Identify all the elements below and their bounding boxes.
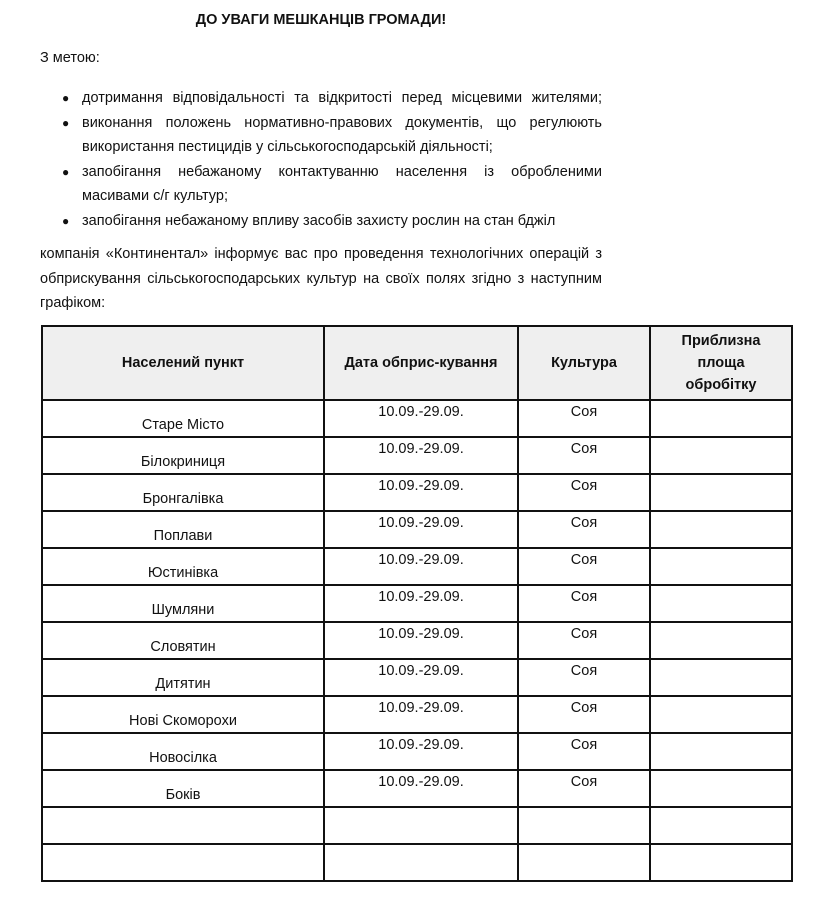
settlement-cell: Білокриниця xyxy=(42,437,324,474)
table-row xyxy=(42,807,792,844)
announcement-paragraph: компанія «Континентал» інформує вас про … xyxy=(40,242,602,316)
settlement-cell: Юстинівка xyxy=(42,548,324,585)
crop-cell: Соя xyxy=(518,733,650,770)
list-item: ●виконання положень нормативно-правових … xyxy=(62,111,602,160)
crop-cell: Соя xyxy=(518,770,650,807)
purpose-list: ●дотримання відповідальності та відкрито… xyxy=(62,86,602,233)
area-cell xyxy=(650,844,792,881)
list-item: ●дотримання відповідальності та відкрито… xyxy=(62,86,602,111)
date-cell: 10.09.-29.09. xyxy=(324,622,518,659)
settlement-cell: Старе Місто xyxy=(42,400,324,437)
area-cell xyxy=(650,400,792,437)
settlement-cell xyxy=(42,844,324,881)
table-row: Поплави10.09.-29.09.Соя xyxy=(42,511,792,548)
area-cell xyxy=(650,474,792,511)
list-item: ●запобігання небажаному контактуванню на… xyxy=(62,160,602,209)
table-row: Бронгалівка10.09.-29.09.Соя xyxy=(42,474,792,511)
crop-cell xyxy=(518,807,650,844)
table-row: Шумляни10.09.-29.09.Соя xyxy=(42,585,792,622)
table-row xyxy=(42,844,792,881)
crop-cell: Соя xyxy=(518,511,650,548)
table-row: Білокриниця10.09.-29.09.Соя xyxy=(42,437,792,474)
area-cell xyxy=(650,622,792,659)
table-row: Старе Місто10.09.-29.09.Соя xyxy=(42,400,792,437)
settlement-cell: Боків xyxy=(42,770,324,807)
table-body: Старе Місто10.09.-29.09.СояБілокриниця10… xyxy=(42,400,792,881)
bullet-icon: ● xyxy=(62,160,69,185)
crop-cell: Соя xyxy=(518,548,650,585)
date-cell: 10.09.-29.09. xyxy=(324,511,518,548)
settlement-cell xyxy=(42,807,324,844)
bullet-icon: ● xyxy=(62,86,69,111)
date-cell: 10.09.-29.09. xyxy=(324,733,518,770)
date-cell xyxy=(324,844,518,881)
settlement-cell: Поплави xyxy=(42,511,324,548)
area-cell xyxy=(650,585,792,622)
date-cell xyxy=(324,807,518,844)
area-cell xyxy=(650,733,792,770)
table-row: Словятин10.09.-29.09.Соя xyxy=(42,622,792,659)
intro-text: З метою: xyxy=(40,50,100,66)
settlement-cell: Новосілка xyxy=(42,733,324,770)
table-row: Юстинівка10.09.-29.09.Соя xyxy=(42,548,792,585)
settlement-cell: Словятин xyxy=(42,622,324,659)
settlement-cell: Нові Скоморохи xyxy=(42,696,324,733)
crop-cell: Соя xyxy=(518,474,650,511)
bullet-icon: ● xyxy=(62,111,69,136)
date-cell: 10.09.-29.09. xyxy=(324,400,518,437)
date-cell: 10.09.-29.09. xyxy=(324,437,518,474)
table-row: Новосілка10.09.-29.09.Соя xyxy=(42,733,792,770)
crop-cell: Соя xyxy=(518,696,650,733)
header-settlement: Населений пункт xyxy=(42,326,324,400)
crop-cell xyxy=(518,844,650,881)
settlement-cell: Дитятин xyxy=(42,659,324,696)
header-date: Дата обприс-кування xyxy=(324,326,518,400)
area-cell xyxy=(650,437,792,474)
crop-cell: Соя xyxy=(518,659,650,696)
crop-cell: Соя xyxy=(518,400,650,437)
area-cell xyxy=(650,548,792,585)
table-header-row: Населений пункт Дата обприс-кування Куль… xyxy=(42,326,792,400)
crop-cell: Соя xyxy=(518,585,650,622)
area-cell xyxy=(650,696,792,733)
document-title: ДО УВАГИ МЕШКАНЦІВ ГРОМАДИ! xyxy=(0,12,642,28)
bullet-icon: ● xyxy=(62,209,69,234)
date-cell: 10.09.-29.09. xyxy=(324,585,518,622)
date-cell: 10.09.-29.09. xyxy=(324,659,518,696)
spraying-schedule-table: Населений пункт Дата обприс-кування Куль… xyxy=(41,325,793,882)
settlement-cell: Шумляни xyxy=(42,585,324,622)
list-item: ●запобігання небажаному впливу засобів з… xyxy=(62,209,602,234)
table-row: Нові Скоморохи10.09.-29.09.Соя xyxy=(42,696,792,733)
date-cell: 10.09.-29.09. xyxy=(324,770,518,807)
header-crop: Культура xyxy=(518,326,650,400)
date-cell: 10.09.-29.09. xyxy=(324,548,518,585)
crop-cell: Соя xyxy=(518,437,650,474)
area-cell xyxy=(650,511,792,548)
area-cell xyxy=(650,770,792,807)
area-cell xyxy=(650,807,792,844)
table-row: Боків10.09.-29.09.Соя xyxy=(42,770,792,807)
crop-cell: Соя xyxy=(518,622,650,659)
table-row: Дитятин10.09.-29.09.Соя xyxy=(42,659,792,696)
date-cell: 10.09.-29.09. xyxy=(324,474,518,511)
area-cell xyxy=(650,659,792,696)
date-cell: 10.09.-29.09. xyxy=(324,696,518,733)
settlement-cell: Бронгалівка xyxy=(42,474,324,511)
header-area: Приблизна площа обробітку xyxy=(650,326,792,400)
